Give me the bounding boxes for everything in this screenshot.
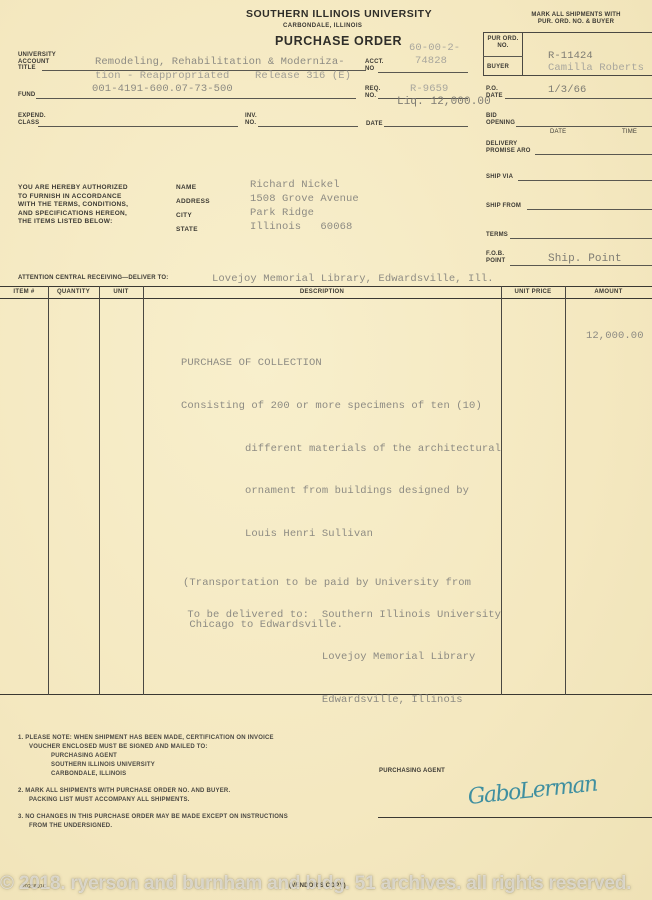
acct-no-rule: [378, 72, 468, 73]
table-row-amount: 12,000.00: [586, 330, 644, 342]
mark-shipments-note: MARK ALL SHIPMENTS WITH PUR. ORD. NO. & …: [520, 12, 632, 25]
pur-ord-no-value: R-11424: [548, 50, 593, 62]
bid-opening-label: BID OPENING: [486, 113, 515, 126]
terms-label: TERMS: [486, 232, 508, 239]
terms-rule: [510, 238, 652, 239]
po-date-rule: [505, 98, 652, 99]
vendor-city-label: CITY: [176, 212, 192, 221]
description-line: Edwardsville, Illinois: [181, 693, 501, 707]
description-line: different materials of the architectural: [181, 442, 501, 456]
col-divider-4: [501, 286, 502, 695]
copyright-watermark: © 2018. ryerson and burnham and bldg. 51…: [0, 873, 631, 895]
po-date-value[interactable]: 1/3/66: [548, 84, 586, 96]
purchasing-agent-label: PURCHASING AGENT: [379, 768, 445, 775]
bid-date-sublabel: Date: [550, 129, 566, 136]
fob-point-rule: [510, 265, 652, 266]
bid-opening-rule: [516, 126, 652, 127]
deliver-to-value[interactable]: Lovejoy Memorial Library, Edwardsville, …: [212, 273, 494, 285]
description-line: ornament from buildings designed by: [181, 484, 501, 498]
signature-rule: [378, 817, 652, 818]
expend-class-label: EXPEND. CLASS: [18, 113, 46, 126]
university-account-title-label: UNIVERSITY ACCOUNT TITLE: [18, 52, 56, 72]
line-items-table: ITEM # QUANTITY UNIT DESCRIPTION UNIT PR…: [0, 286, 652, 695]
vendor-city-value[interactable]: Park Ridge: [250, 207, 314, 219]
date-label: DATE: [366, 121, 383, 128]
col-divider-1: [48, 286, 49, 695]
fob-point-label: F.O.B. POINT: [486, 251, 505, 264]
vendor-address-value[interactable]: 1508 Grove Avenue: [250, 193, 359, 205]
pur-ord-no-label: PUR ORD. NO.: [485, 36, 521, 49]
form-title: PURCHASE ORDER: [275, 34, 402, 48]
inv-no-label: INV. NO.: [245, 113, 257, 126]
vendor-state-label: STATE: [176, 226, 198, 235]
vendor-state-value[interactable]: Illinois 60068: [250, 221, 352, 233]
col-header-unit-price: UNIT PRICE: [501, 286, 565, 298]
expend-class-rule: [38, 126, 238, 127]
inv-no-rule: [258, 126, 358, 127]
fob-point-value[interactable]: Ship. Point: [548, 253, 622, 265]
ship-from-rule: [527, 209, 652, 210]
university-account-title-value-1[interactable]: Remodeling, Rehabilitation & Moderniza-: [95, 56, 345, 68]
ship-via-label: SHIP VIA: [486, 174, 513, 181]
instructions-notes: 1. PLEASE NOTE: WHEN SHIPMENT HAS BEEN M…: [18, 734, 288, 831]
col-header-item: ITEM #: [0, 286, 48, 298]
description-line: Louis Henri Sullivan: [181, 527, 501, 541]
description-line: Consisting of 200 or more specimens of t…: [181, 399, 501, 413]
purchase-order-document: SOUTHERN ILLINOIS UNIVERSITY CARBONDALE,…: [0, 0, 652, 900]
university-account-title-value-2[interactable]: tion - Reappropriated Release 316 (E): [95, 70, 351, 82]
fund-rule: [36, 98, 356, 99]
description-line: PURCHASE OF COLLECTION: [181, 356, 501, 370]
university-name: SOUTHERN ILLINOIS UNIVERSITY: [246, 8, 432, 20]
col-header-description: DESCRIPTION: [143, 286, 501, 298]
vendor-address-label: ADDRESS: [176, 198, 210, 207]
po-date-label: P.O. DATE: [486, 86, 503, 99]
col-header-quantity: QUANTITY: [48, 286, 99, 298]
acct-no-value-1[interactable]: 60-00-2-: [409, 42, 460, 54]
table-header-rule: [0, 298, 652, 299]
col-divider-2: [99, 286, 100, 695]
po-box-hdivider: [483, 56, 523, 57]
col-divider-3: [143, 286, 144, 695]
liq-value[interactable]: Liq. 12,000.00: [397, 96, 491, 108]
acct-no-value-2[interactable]: 74828: [415, 55, 447, 67]
col-header-unit: UNIT: [99, 286, 143, 298]
delivery-promise-label: DELIVERY PROMISE ARO: [486, 141, 531, 154]
vendor-name-label: NAME: [176, 184, 196, 193]
university-location: CARBONDALE, ILLINOIS: [283, 23, 362, 29]
ship-from-label: SHIP FROM: [486, 203, 521, 210]
buyer-value: Camilla Roberts: [548, 62, 644, 74]
col-header-amount: AMOUNT: [565, 286, 652, 298]
table-row-description: PURCHASE OF COLLECTION Consisting of 200…: [181, 328, 501, 736]
po-box-divider: [522, 32, 523, 76]
deliver-to-label: ATTENTION CENTRAL RECEIVING—DELIVER TO:: [18, 275, 168, 282]
col-divider-5: [565, 286, 566, 695]
purchasing-agent-signature: GaboLerman: [467, 772, 598, 810]
buyer-label: BUYER: [487, 64, 509, 71]
transport-note: (Transportation to be paid by University…: [183, 548, 471, 660]
vendor-name-value[interactable]: Richard Nickel: [250, 179, 340, 191]
req-no-value[interactable]: R-9659: [410, 83, 448, 95]
authorization-text: YOU ARE HEREBY AUTHORIZED TO FURNISH IN …: [18, 184, 128, 227]
acct-no-label: ACCT. NO: [365, 59, 384, 72]
fund-label: FUND: [18, 92, 35, 99]
ship-via-rule: [518, 180, 652, 181]
bid-time-sublabel: Time: [622, 129, 637, 136]
date-rule: [384, 126, 468, 127]
delivery-promise-rule: [535, 154, 652, 155]
fund-value[interactable]: 001-4191-600.07-73-500: [92, 83, 233, 95]
